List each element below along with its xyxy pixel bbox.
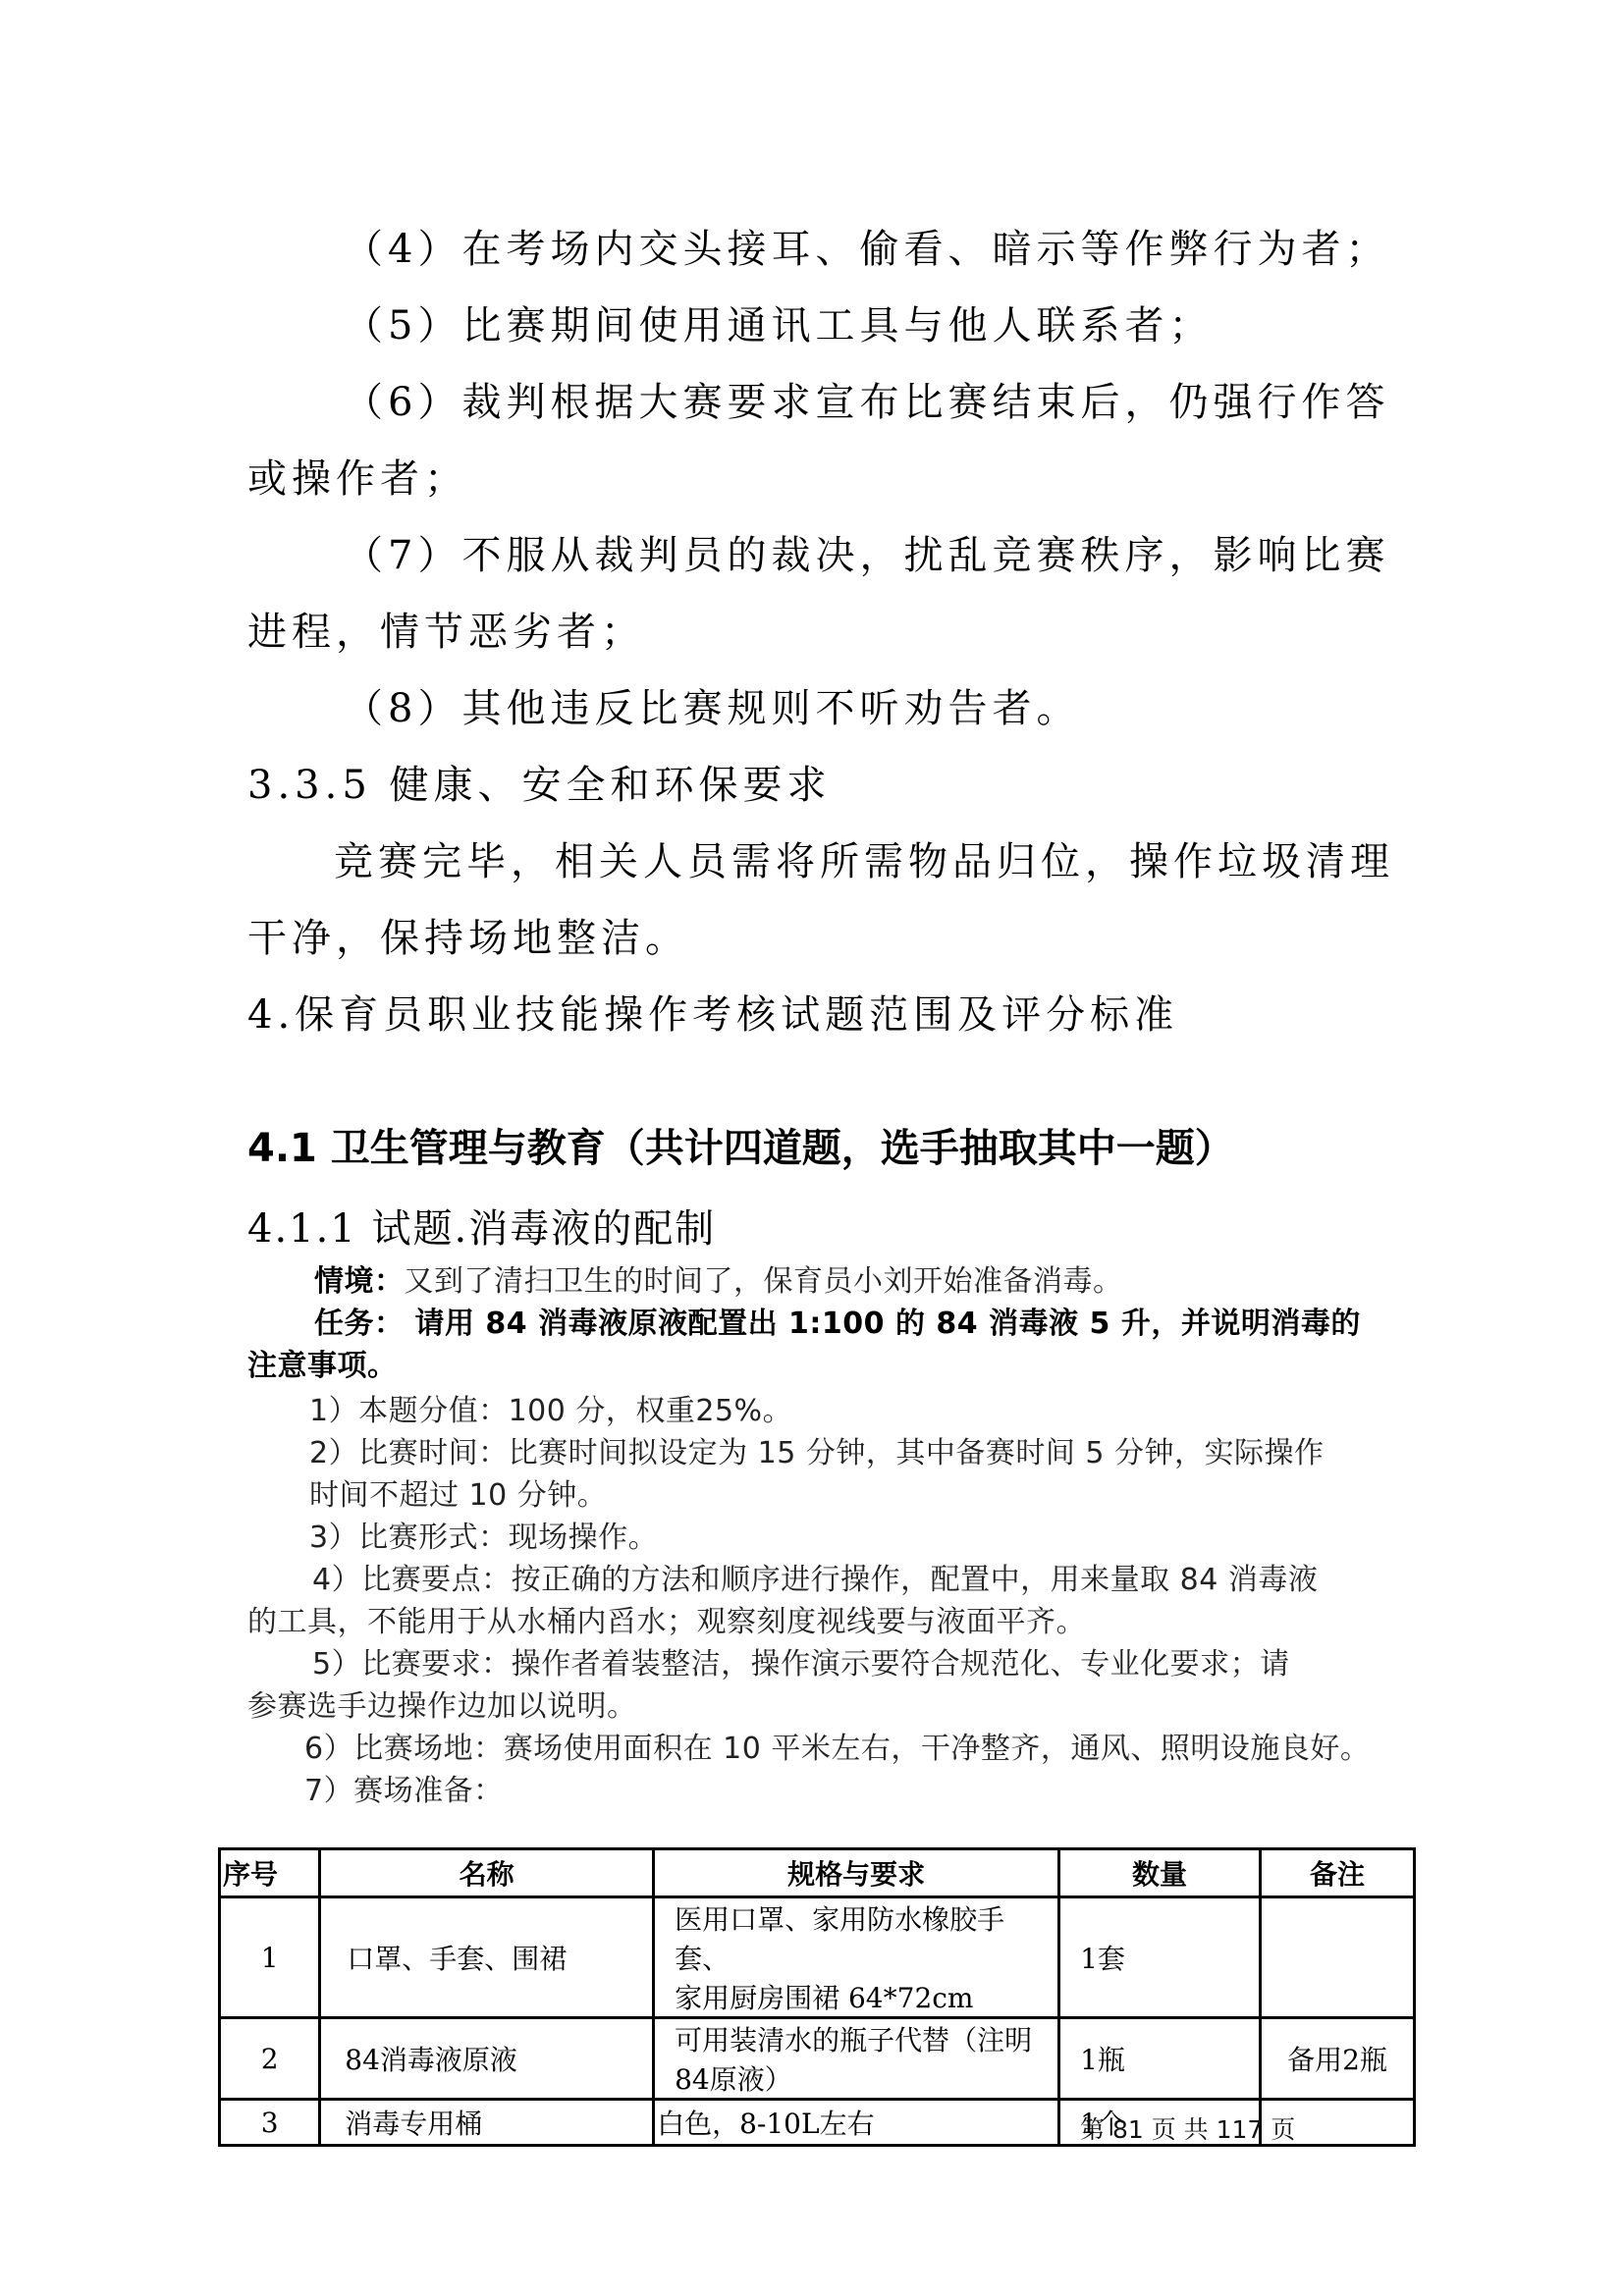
cell-spec-line2: 84原液） <box>675 2058 1050 2098</box>
header-note: 备注 <box>1261 1849 1415 1897</box>
item-3: 3）比赛形式：现场操作。 <box>309 1513 658 1556</box>
document-page: （4）在考场内交头接耳、偷看、暗示等作弊行为者； （5）比赛期间使用通讯工具与他… <box>0 0 1623 2296</box>
section-41-heading: 4.1 卫生管理与教育（共计四道题，选手抽取其中一题） <box>247 1117 1234 1173</box>
table-header-row: 序号 名称 规格与要求 数量 备注 <box>220 1849 1415 1897</box>
section-4-heading: 4.保育员职业技能操作考核试题范围及评分标准 <box>247 984 1178 1040</box>
item-4-line1: 4）比赛要点：按正确的方法和顺序进行操作，配置中，用来量取 84 消毒液 <box>312 1555 1318 1598</box>
rule-item-4: （4）在考场内交头接耳、偷看、暗示等作弊行为者； <box>344 218 1389 274</box>
rule-item-6-line1: （6）裁判根据大赛要求宣布比赛结束后，仍强行作答 <box>344 371 1389 427</box>
item-6: 6）比赛场地：赛场使用面积在 10 平米左右，干净整齐，通风、照明设施良好。 <box>304 1724 1370 1767</box>
cell-note <box>1261 1897 1415 2018</box>
item-5-line2: 参赛选手边操作边加以说明。 <box>247 1682 637 1725</box>
cell-name: 口罩、手套、围裙 <box>320 1897 654 2018</box>
rule-item-7-line1: （7）不服从裁判员的裁决，扰乱竞赛秩序，影响比赛 <box>344 524 1389 580</box>
task-text: 请用 84 消毒液原液配置出 1:100 的 84 消毒液 5 升，并说明消毒的 <box>405 1307 1361 1341</box>
item-2-line2: 时间不超过 10 分钟。 <box>309 1470 607 1514</box>
item-5-line1: 5）比赛要求：操作者着装整洁，操作演示要符合规范化、专业化要求；请 <box>312 1639 1290 1682</box>
header-qty: 数量 <box>1059 1849 1261 1897</box>
cell-spec-line1: 可用装清水的瓶子代替（注明 <box>675 2019 1050 2058</box>
cell-spec: 可用装清水的瓶子代替（注明 84原液） <box>654 2018 1059 2100</box>
header-name: 名称 <box>320 1849 654 1897</box>
cell-spec-line2: 家用厨房围裙 64*72cm <box>675 1977 1050 2016</box>
cell-seq: 1 <box>220 1897 320 2018</box>
item-7: 7）赛场准备： <box>304 1766 504 1809</box>
section-411-heading: 4.1.1 试题.消毒液的配制 <box>247 1198 716 1254</box>
scenario-text: 又到了清扫卫生的时间了，保育员小刘开始准备消毒。 <box>405 1264 1123 1299</box>
rule-item-6-line2: 或操作者； <box>247 448 468 504</box>
cell-qty: 1瓶 <box>1059 2018 1261 2100</box>
item-4-line2: 的工具，不能用于从水桶内舀水；观察刻度视线要与液面平齐。 <box>247 1597 1086 1640</box>
cell-spec: 医用口罩、家用防水橡胶手套、 家用厨房围裙 64*72cm <box>654 1897 1059 2018</box>
scenario-label: 情境： <box>314 1264 405 1299</box>
section-335-body-line2: 干净，保持场地整洁。 <box>247 907 689 963</box>
scenario-line: 情境：又到了清扫卫生的时间了，保育员小刘开始准备消毒。 <box>314 1256 1123 1300</box>
equipment-table: 序号 名称 规格与要求 数量 备注 1 口罩、手套、围裙 医用口罩、家用防水橡胶… <box>218 1847 1416 2147</box>
item-2-line1: 2）比赛时间：比赛时间拟设定为 15 分钟，其中备赛时间 5 分钟，实际操作 <box>309 1428 1325 1471</box>
cell-seq: 3 <box>220 2100 320 2146</box>
cell-spec-line1: 医用口罩、家用防水橡胶手套、 <box>675 1898 1050 1977</box>
page-footer: 第 81 页 共 117 页 <box>1080 2110 1295 2146</box>
header-seq: 序号 <box>220 1849 320 1897</box>
rule-item-5: （5）比赛期间使用通讯工具与他人联系者； <box>344 294 1213 350</box>
task-label: 任务： <box>314 1307 405 1341</box>
task-line2: 注意事项。 <box>247 1341 398 1384</box>
task-line1: 任务： 请用 84 消毒液原液配置出 1:100 的 84 消毒液 5 升，并说… <box>314 1299 1361 1342</box>
cell-name: 消毒专用桶 <box>320 2100 654 2146</box>
section-335-heading: 3.3.5 健康、安全和环保要求 <box>247 754 832 810</box>
header-spec: 规格与要求 <box>654 1849 1059 1897</box>
cell-qty: 1套 <box>1059 1897 1261 2018</box>
rule-item-8: （8）其他违反比赛规则不听劝告者。 <box>344 677 1080 733</box>
rule-item-7-line2: 进程，情节恶劣者； <box>247 601 645 657</box>
item-1: 1）本题分值：100 分，权重25%。 <box>309 1386 792 1429</box>
cell-spec: 白色，8-10L左右 <box>654 2100 1059 2146</box>
section-335-body-line1: 竞赛完毕，相关人员需将所需物品归位，操作垃圾清理 <box>334 830 1394 886</box>
cell-note: 备用2瓶 <box>1261 2018 1415 2100</box>
table-row: 2 84消毒液原液 可用装清水的瓶子代替（注明 84原液） 1瓶 备用2瓶 <box>220 2018 1415 2100</box>
cell-name: 84消毒液原液 <box>320 2018 654 2100</box>
cell-seq: 2 <box>220 2018 320 2100</box>
table-row: 1 口罩、手套、围裙 医用口罩、家用防水橡胶手套、 家用厨房围裙 64*72cm… <box>220 1897 1415 2018</box>
